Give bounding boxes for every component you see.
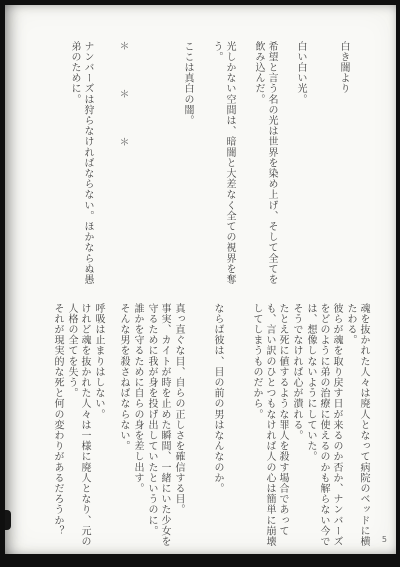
paragraph: ならば彼は、目の前の男はなんなのか。	[211, 303, 224, 553]
upper-text-block: 白き闇より 白い白い光。 希望と言う名の光は世界を染め上げ、そして全てを飲み込ん…	[52, 41, 350, 293]
scanned-book-page: 白き闇より 白い白い光。 希望と言う名の光は世界を染め上げ、そして全てを飲み込ん…	[5, 5, 396, 554]
text-line: 光しかない空間は、暗闇と大差なく全ての視界を奪う。	[210, 41, 236, 293]
paragraph: そんな男を殺さねばならない。	[117, 303, 130, 553]
text-line: ここは真白の闇。	[181, 41, 194, 293]
story-title: 白き闇より	[337, 41, 350, 293]
page-number: 5	[382, 535, 387, 544]
section-divider: ＊ ＊ ＊	[116, 41, 165, 293]
lower-text-block: 魂を抜かれた人々は廃人となって病院のベッドに横たわる。 彼らが魂を取り戻す日が来…	[50, 303, 370, 553]
paragraph: 事実、カイトが時を止めた瞬間、一緒にいた少女を守るために我が身を投げ出していたと…	[145, 303, 171, 553]
paragraph: 呼吸は止まりはしない。	[92, 303, 105, 553]
paragraph: 真っ直ぐな目、自らの正しさを確信する目。	[172, 303, 185, 553]
paragraph: たとえ死に値するような罪人を殺す場合であっても、言い訳のひとつもなければ人の心は…	[250, 303, 289, 553]
paragraph: 彼らが魂を取り戻す日が来るのか否か、ナンバーズをどのように弟の治療に使えるのかも…	[304, 303, 343, 553]
scan-blemish	[5, 510, 11, 530]
paragraph: 魂を抜かれた人々は廃人となって病院のベッドに横たわる。	[344, 303, 370, 553]
text-line: ナンバーズは狩らなければならない。ほかならぬ愚弟のために。	[68, 41, 94, 293]
paragraph: それが現実的な死と何の変わりがあるだろうか？	[51, 303, 64, 553]
text-line: 希望と言う名の光は世界を染め上げ、そして全てを飲み込んだ。	[252, 41, 278, 293]
text-line: 白い白い光。	[294, 41, 307, 293]
paragraph: けれど魂を抜かれた人々は一様に廃人となり、元の人格の全てを失う。	[65, 303, 91, 553]
paragraph: 誰かを守るために自らの身を差し出す。	[131, 303, 144, 553]
paragraph: そうでなければ心が潰れる。	[290, 303, 303, 553]
